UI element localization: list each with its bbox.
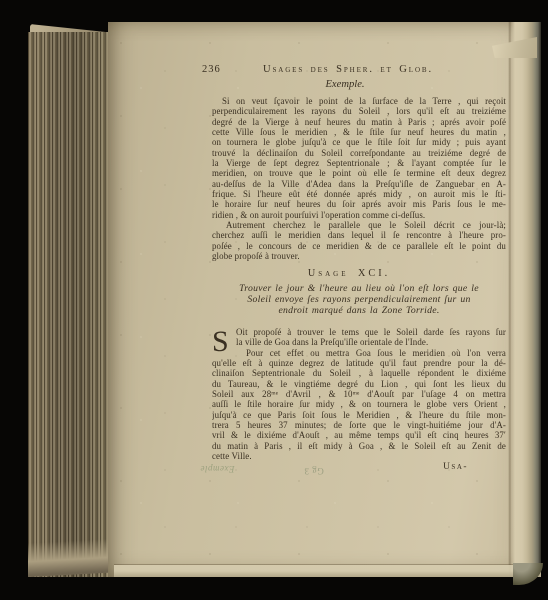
ink-showthrough-exemple: Exemple [200, 464, 234, 474]
page-number: 236 [202, 64, 221, 75]
book-scan-photo: 236 Usages des Spher. et Glob. Exemple. … [0, 0, 548, 600]
paragraph-exemple-2: Autrement cherchez le parallele que le S… [212, 220, 506, 261]
usage-xci-subtitle: Trouver le jour & l'heure au lieu où l'o… [212, 283, 506, 316]
ink-showthrough-signature: Gg 3 [304, 466, 324, 476]
page-right-edge [508, 22, 541, 577]
book-fore-edge-pages [28, 32, 110, 577]
book-page: 236 Usages des Spher. et Glob. Exemple. … [108, 22, 541, 577]
usage-xci-heading: Usage XCI. [212, 268, 506, 279]
paragraph-goa-1: Oit propoſé à trouver le tems que le Sol… [212, 327, 506, 348]
text-column: 236 Usages des Spher. et Glob. Exemple. … [212, 22, 506, 577]
drop-cap-letter: S [212, 328, 232, 358]
exemple-heading: Exemple. [212, 79, 506, 90]
usage-xci-body: S Oit propoſé à trouver le tems que le S… [212, 327, 506, 461]
paragraph-goa-2: Pour cet effet ou mettra Goa ſous le mer… [212, 348, 506, 462]
catchword: Usa- [443, 462, 468, 472]
page-header: 236 Usages des Spher. et Glob. [212, 64, 506, 77]
running-title: Usages des Spher. et Glob. [212, 64, 506, 75]
book-fore-edge-bottom-cap [28, 538, 120, 577]
paragraph-exemple-1: Si on veut ſçavoir le point de la ſurfac… [212, 96, 506, 220]
page-corner-curl [513, 563, 543, 585]
